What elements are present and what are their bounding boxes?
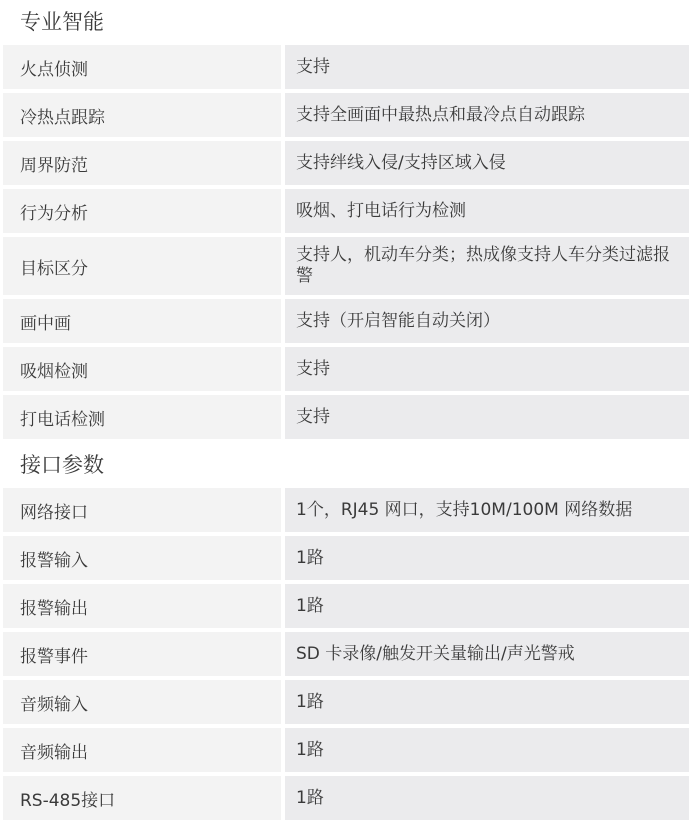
row-label: 周界防范	[3, 141, 281, 185]
table-row: 报警事件 SD 卡录像/触发开关量输出/声光警戒	[3, 632, 689, 676]
row-value: 1路	[285, 584, 689, 628]
row-value: 支持人，机动车分类；热成像支持人车分类过滤报警	[285, 237, 689, 295]
table-row: 火点侦测 支持	[3, 45, 689, 89]
row-value: 1个，RJ45 网口，支持10M/100M 网络数据	[285, 488, 689, 532]
table-row: 画中画 支持（开启智能自动关闭）	[3, 299, 689, 343]
table-row: 音频输出 1路	[3, 728, 689, 772]
row-label: 目标区分	[3, 237, 281, 295]
row-label: 火点侦测	[3, 45, 281, 89]
row-value: 1路	[285, 776, 689, 820]
table-row: 网络接口 1个，RJ45 网口，支持10M/100M 网络数据	[3, 488, 689, 532]
spec-sheet: 专业智能 火点侦测 支持 冷热点跟踪 支持全画面中最热点和最冷点自动跟踪 周界防…	[0, 0, 690, 820]
row-label: 报警输入	[3, 536, 281, 580]
row-value: 支持	[285, 347, 689, 391]
section-title-smart: 专业智能	[0, 0, 690, 45]
row-label: 音频输入	[3, 680, 281, 724]
table-row: 打电话检测 支持	[3, 395, 689, 439]
row-value: 1路	[285, 728, 689, 772]
table-row: 行为分析 吸烟、打电话行为检测	[3, 189, 689, 233]
row-value: 支持绊线入侵/支持区域入侵	[285, 141, 689, 185]
table-row: 报警输出 1路	[3, 584, 689, 628]
row-value: 1路	[285, 536, 689, 580]
row-label: 音频输出	[3, 728, 281, 772]
row-value: 支持（开启智能自动关闭）	[285, 299, 689, 343]
row-value: 1路	[285, 680, 689, 724]
table-row: 周界防范 支持绊线入侵/支持区域入侵	[3, 141, 689, 185]
row-label: 报警输出	[3, 584, 281, 628]
row-label: 报警事件	[3, 632, 281, 676]
table-row: 报警输入 1路	[3, 536, 689, 580]
table-row: 音频输入 1路	[3, 680, 689, 724]
row-value: 支持	[285, 395, 689, 439]
table-row: 目标区分 支持人，机动车分类；热成像支持人车分类过滤报警	[3, 237, 689, 295]
row-label: 行为分析	[3, 189, 281, 233]
table-row: RS-485接口 1路	[3, 776, 689, 820]
row-label: 打电话检测	[3, 395, 281, 439]
row-label: 吸烟检测	[3, 347, 281, 391]
row-label: 画中画	[3, 299, 281, 343]
table-row: 冷热点跟踪 支持全画面中最热点和最冷点自动跟踪	[3, 93, 689, 137]
section-title-interface: 接口参数	[0, 443, 690, 488]
row-value: 支持	[285, 45, 689, 89]
row-label: RS-485接口	[3, 776, 281, 820]
row-value: 吸烟、打电话行为检测	[285, 189, 689, 233]
row-value: 支持全画面中最热点和最冷点自动跟踪	[285, 93, 689, 137]
interface-spec-table: 网络接口 1个，RJ45 网口，支持10M/100M 网络数据 报警输入 1路 …	[3, 488, 689, 820]
row-value: SD 卡录像/触发开关量输出/声光警戒	[285, 632, 689, 676]
smart-spec-table: 火点侦测 支持 冷热点跟踪 支持全画面中最热点和最冷点自动跟踪 周界防范 支持绊…	[3, 45, 689, 439]
row-label: 网络接口	[3, 488, 281, 532]
table-row: 吸烟检测 支持	[3, 347, 689, 391]
row-label: 冷热点跟踪	[3, 93, 281, 137]
